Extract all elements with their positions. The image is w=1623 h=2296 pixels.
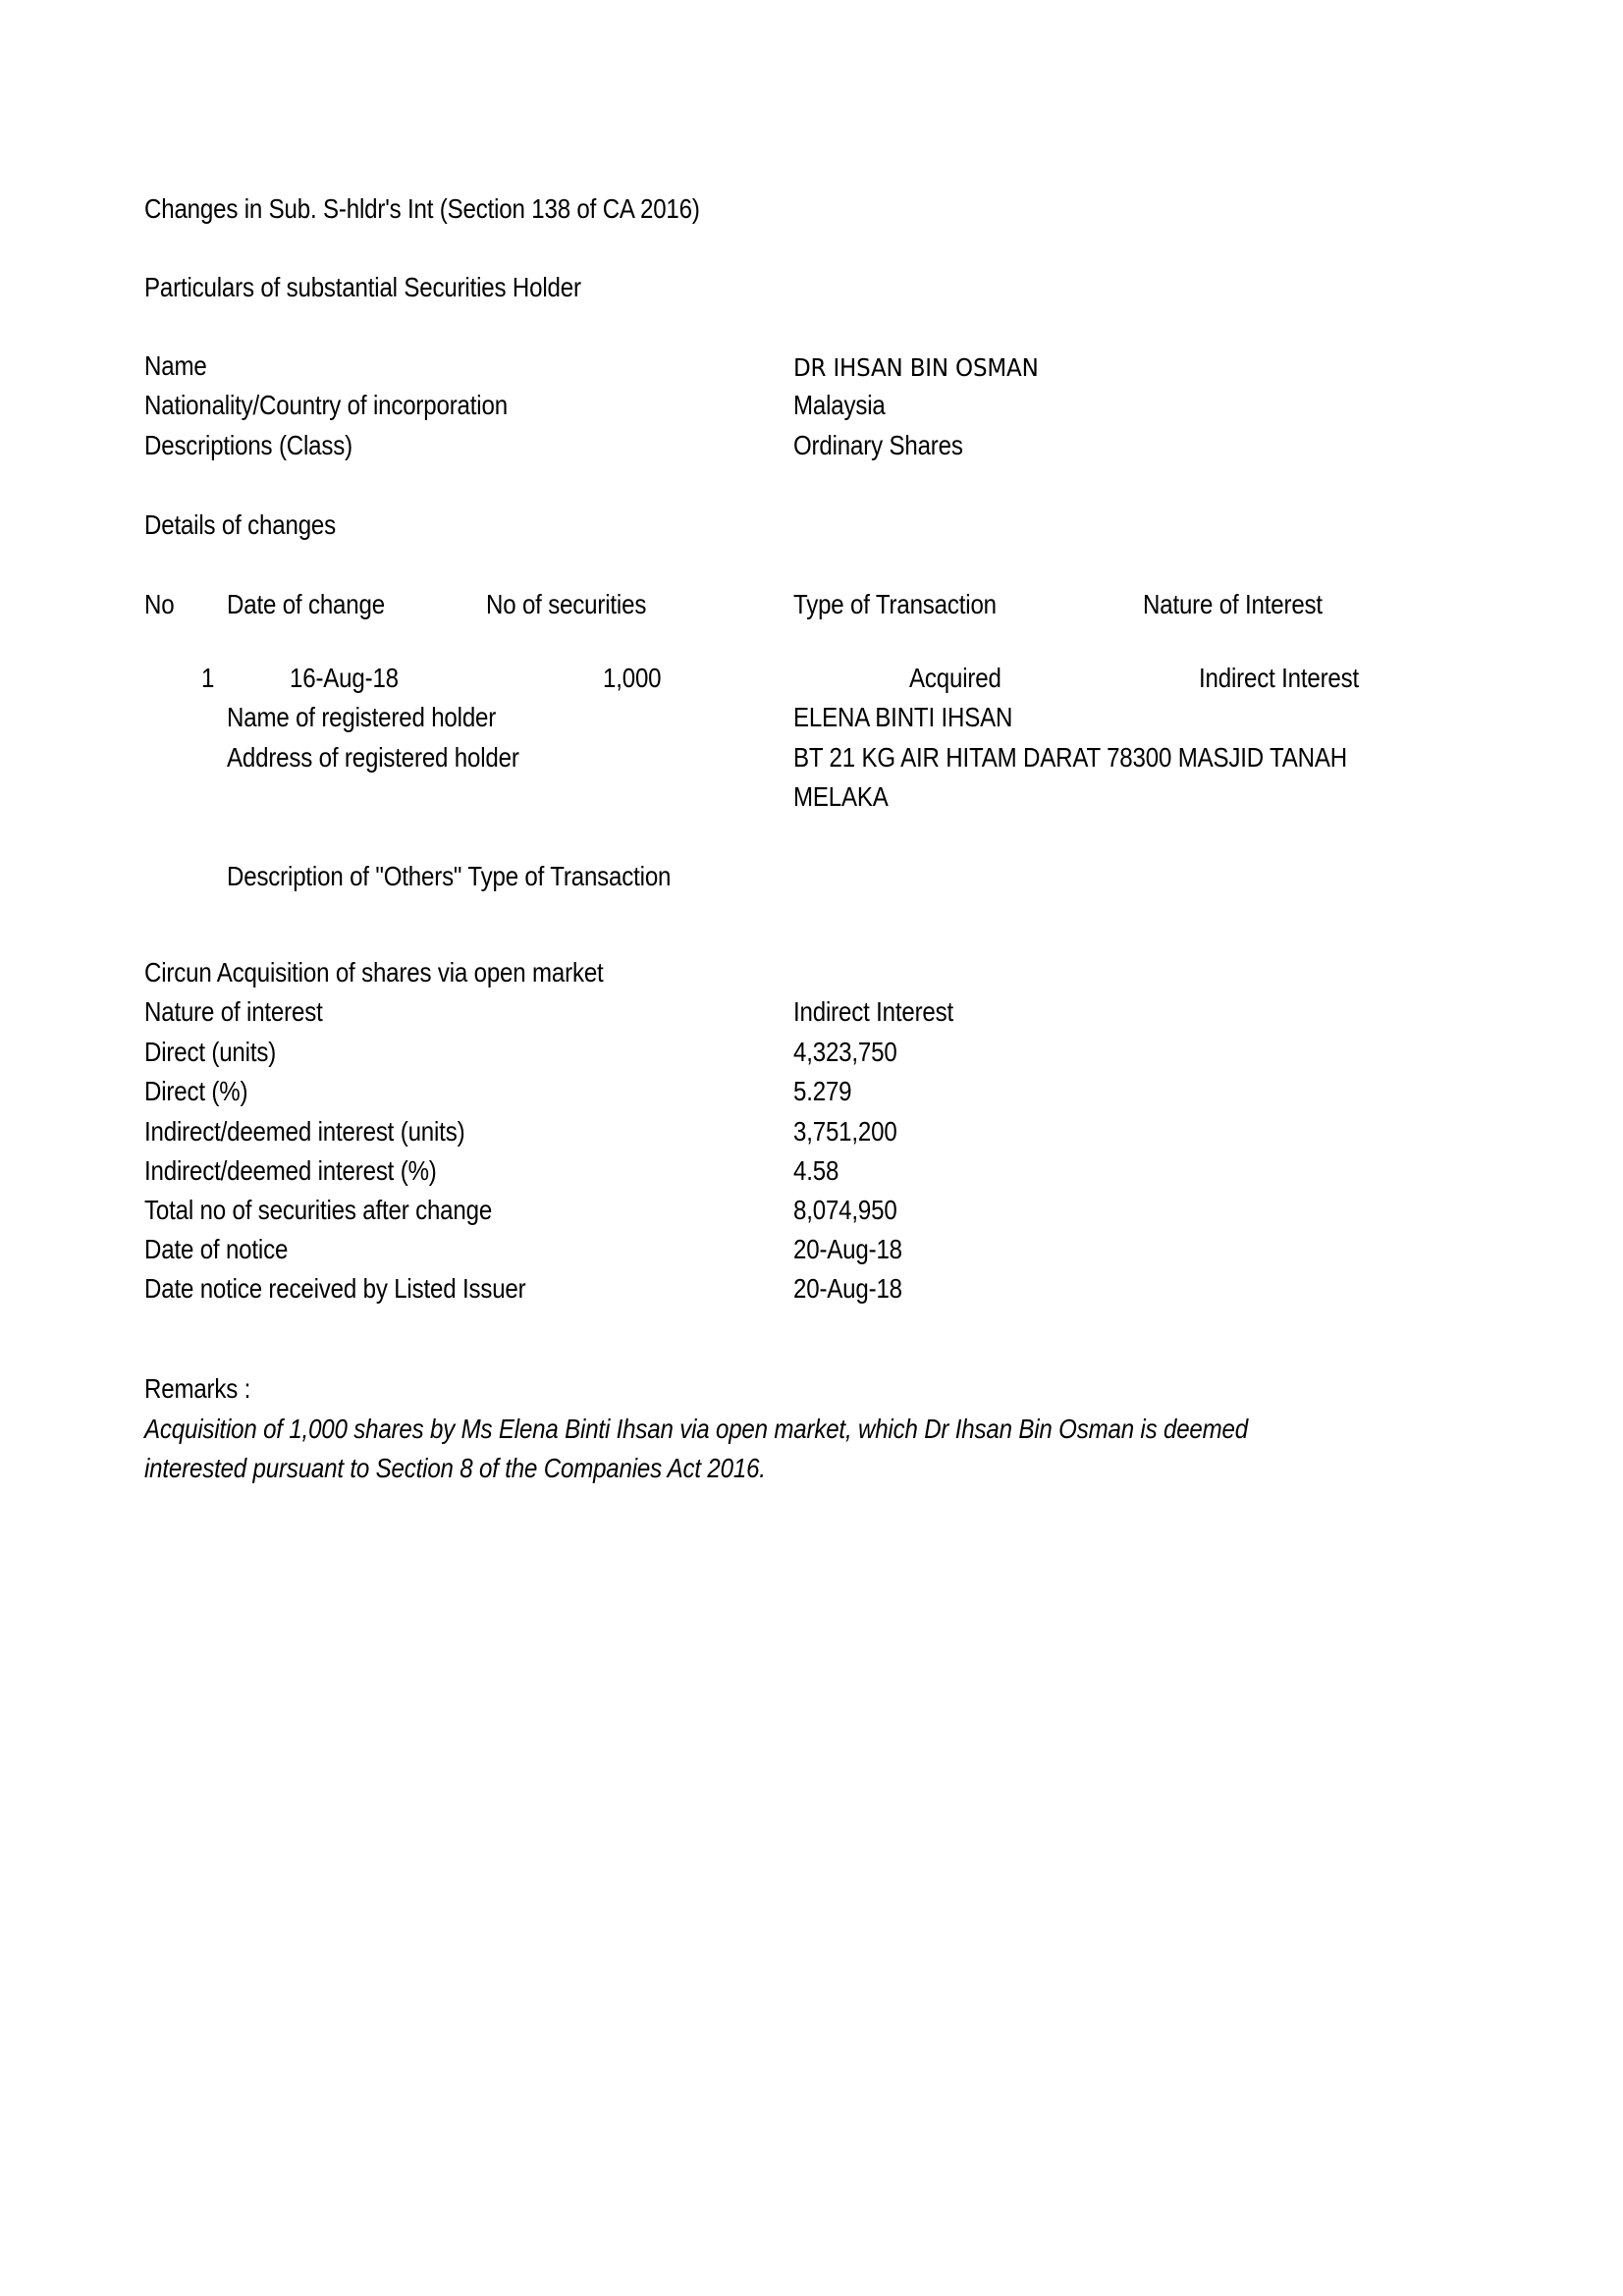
remarks-text-line1: Acquisition of 1,000 shares by Ms Elena …	[144, 1413, 1248, 1446]
class-label: Descriptions (Class)	[144, 429, 352, 462]
summary-value-direct-percent: 5.279	[793, 1075, 851, 1108]
summary-value-indirect-units: 3,751,200	[793, 1115, 897, 1148]
column-header-date: Date of change	[227, 588, 385, 621]
circumstances-text: Circun Acquisition of shares via open ma…	[144, 956, 604, 989]
column-header-securities: No of securities	[486, 588, 646, 621]
class-value: Ordinary Shares	[793, 429, 963, 462]
remarks-text-line2: interested pursuant to Section 8 of the …	[144, 1452, 766, 1485]
column-header-nature: Nature of Interest	[1143, 588, 1323, 621]
holder-name-label: Name of registered holder	[227, 701, 496, 734]
summary-label-direct-percent: Direct (%)	[144, 1075, 247, 1108]
row-type: Acquired	[909, 662, 1001, 695]
column-header-type: Type of Transaction	[793, 588, 997, 621]
summary-label-indirect-percent: Indirect/deemed interest (%)	[144, 1154, 437, 1188]
row-date: 16-Aug-18	[290, 662, 399, 695]
section-heading-particulars: Particulars of substantial Securities Ho…	[144, 271, 581, 304]
summary-value-nature: Indirect Interest	[793, 995, 953, 1029]
remarks-label: Remarks :	[144, 1372, 250, 1406]
nationality-value: Malaysia	[793, 389, 886, 422]
name-value: DR IHSAN BIN OSMAN	[793, 351, 1039, 385]
row-nature: Indirect Interest	[1199, 662, 1359, 695]
summary-label-direct-units: Direct (units)	[144, 1036, 276, 1069]
summary-value-date-notice: 20-Aug-18	[793, 1233, 902, 1266]
summary-value-indirect-percent: 4.58	[793, 1154, 839, 1188]
others-description-label: Description of "Others" Type of Transact…	[227, 860, 671, 893]
summary-label-indirect-units: Indirect/deemed interest (units)	[144, 1115, 464, 1148]
holder-address-line2: MELAKA	[793, 780, 889, 814]
holder-address-line1: BT 21 KG AIR HITAM DARAT 78300 MASJID TA…	[793, 741, 1347, 774]
nationality-label: Nationality/Country of incorporation	[144, 389, 508, 422]
column-header-no: No	[144, 588, 174, 621]
summary-label-date-received: Date notice received by Listed Issuer	[144, 1272, 525, 1306]
summary-value-total: 8,074,950	[793, 1194, 897, 1227]
summary-label-total: Total no of securities after change	[144, 1194, 492, 1227]
section-heading-details: Details of changes	[144, 508, 336, 542]
holder-address-label: Address of registered holder	[227, 741, 519, 774]
holder-name-value: ELENA BINTI IHSAN	[793, 701, 1012, 734]
name-label: Name	[144, 349, 207, 383]
summary-label-date-notice: Date of notice	[144, 1233, 288, 1266]
document-title: Changes in Sub. S-hldr's Int (Section 13…	[144, 192, 700, 226]
summary-value-direct-units: 4,323,750	[793, 1036, 897, 1069]
summary-label-nature: Nature of interest	[144, 995, 323, 1029]
row-securities: 1,000	[603, 662, 661, 695]
row-no: 1	[201, 662, 214, 695]
summary-value-date-received: 20-Aug-18	[793, 1272, 902, 1306]
